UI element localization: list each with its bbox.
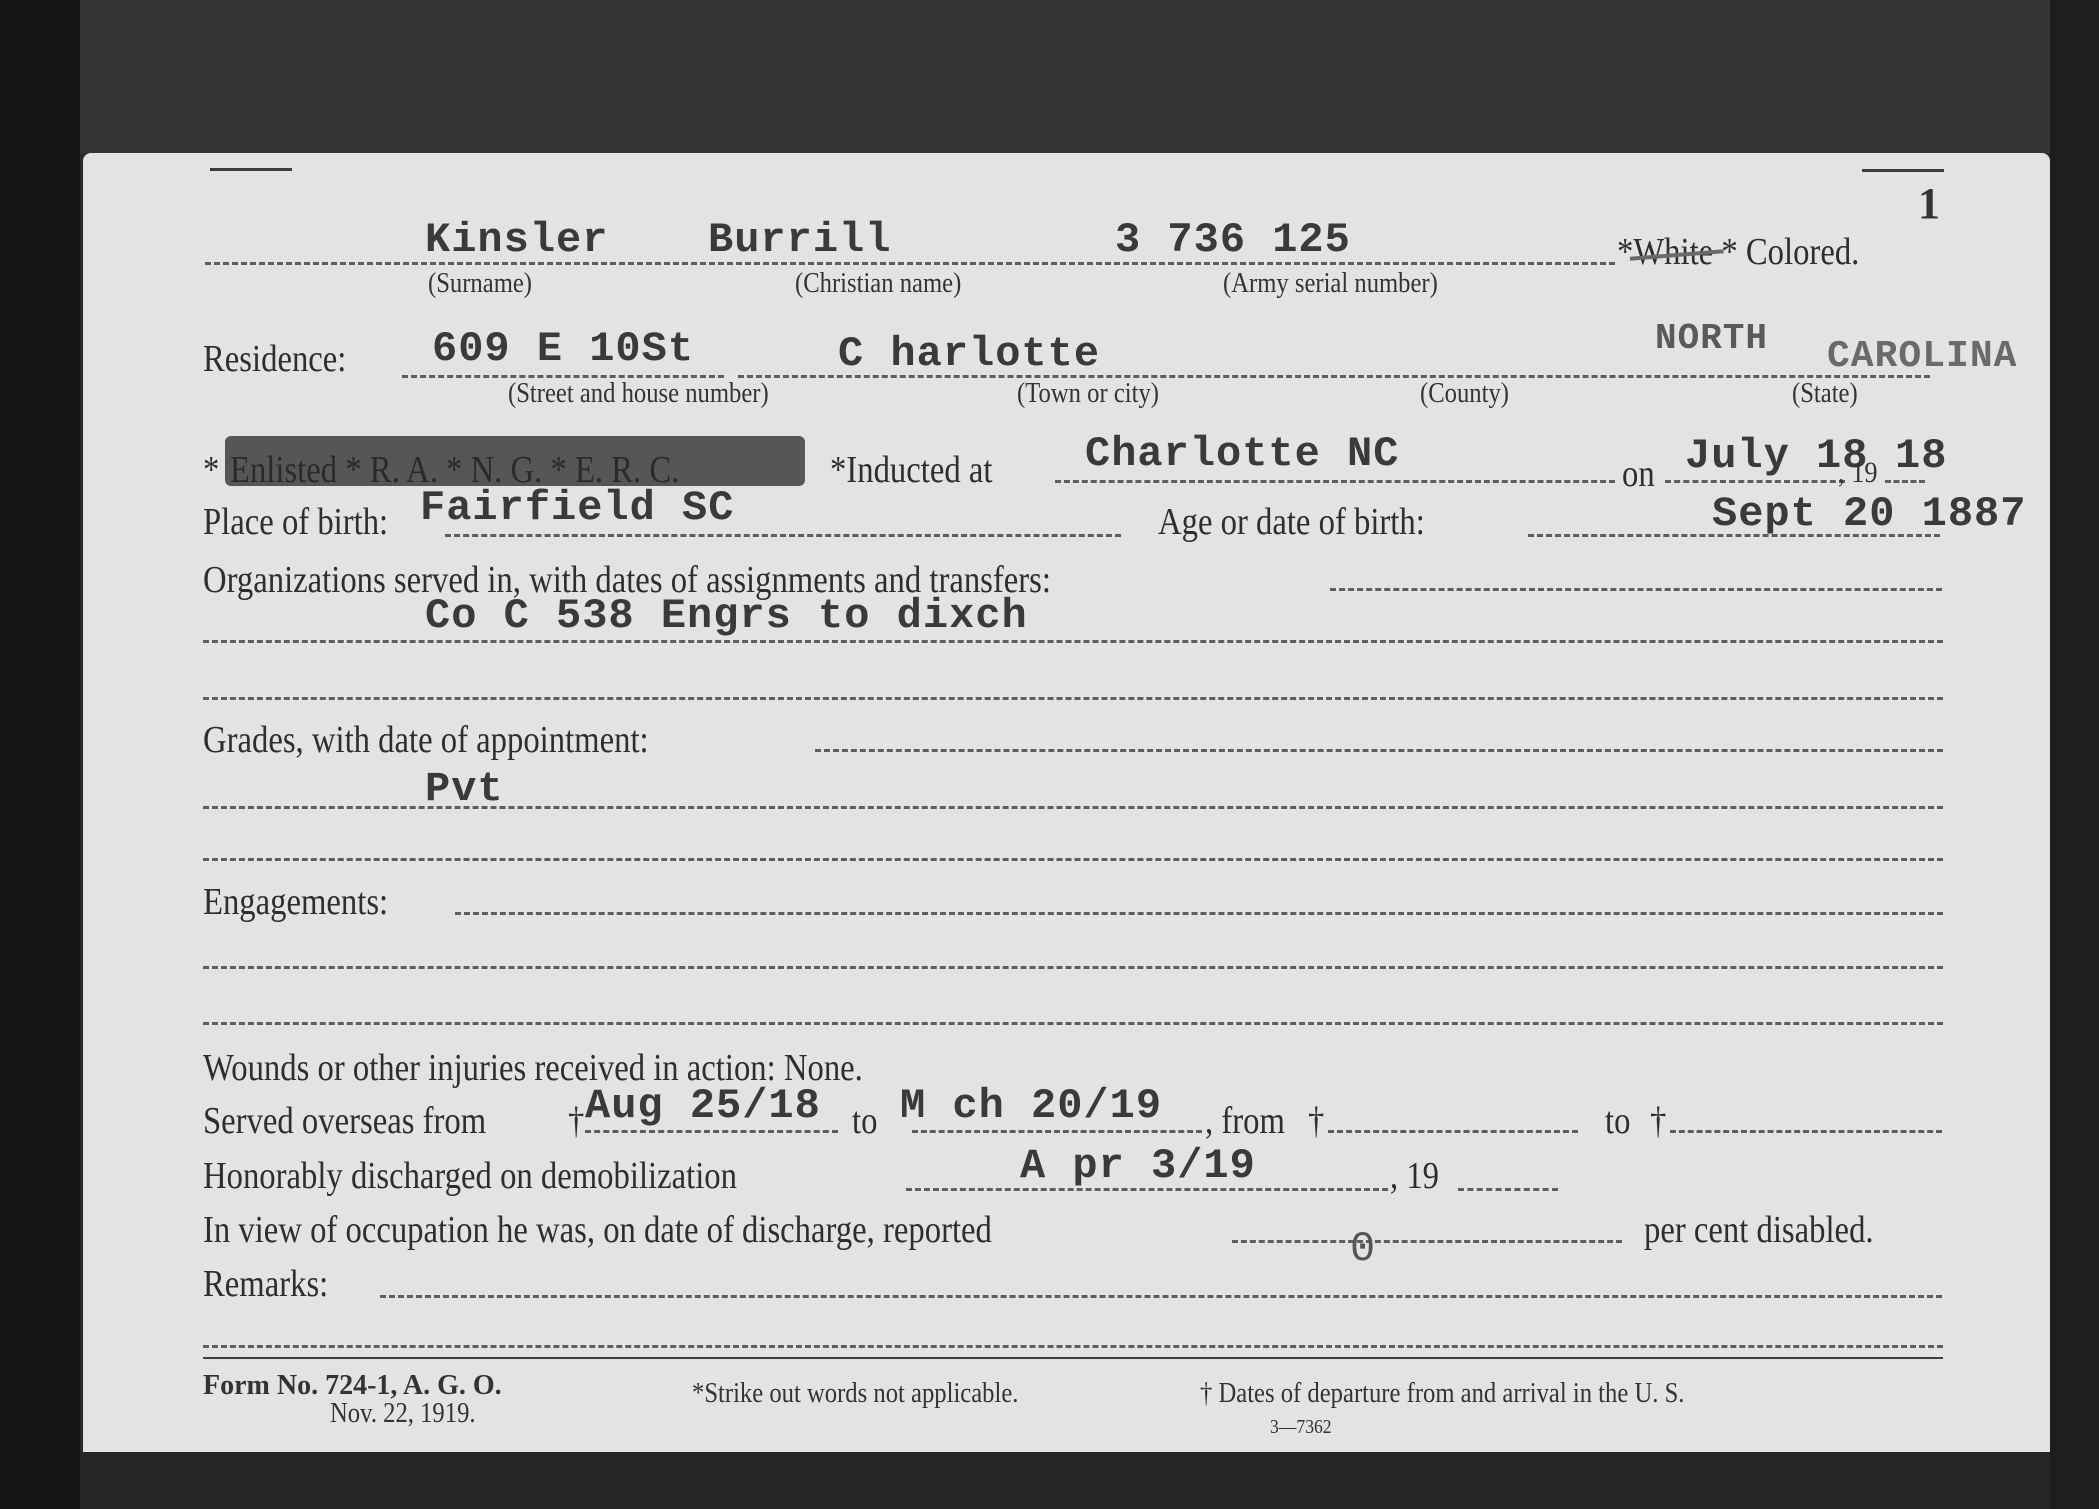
- dagger-icon: †: [1308, 1099, 1324, 1143]
- birth-date-value: Sept 20 1887: [1712, 490, 2026, 538]
- disability-line: [1232, 1240, 1622, 1243]
- engagements-line-1: [455, 912, 1943, 915]
- surname-caption: (Surname): [428, 268, 532, 300]
- grades-line-3: [203, 858, 1943, 861]
- disability-label: In view of occupation he was, on date of…: [203, 1208, 992, 1252]
- overseas-to-value: M ch 20/19: [900, 1082, 1162, 1130]
- background-top: [80, 0, 2099, 153]
- engagements-line-3: [203, 1022, 1943, 1025]
- organizations-value: Co C 538 Engrs to dixch: [425, 592, 1028, 640]
- footnote-dates: † Dates of departure from and arrival in…: [1200, 1378, 1684, 1410]
- dagger-icon: †: [568, 1099, 584, 1143]
- serial-caption: (Army serial number): [1223, 268, 1438, 300]
- overseas-to-label: to: [852, 1099, 877, 1143]
- on-label: on: [1622, 452, 1655, 496]
- residence-state-line1: NORTH: [1655, 318, 1768, 359]
- top-left-rule: [210, 168, 292, 171]
- overseas-to-line: [912, 1130, 1202, 1133]
- asterisk: *: [1617, 231, 1633, 273]
- background-left: [0, 0, 80, 1509]
- overseas-from2-line: [1328, 1130, 1578, 1133]
- discharge-year-label: , 19: [1390, 1154, 1439, 1198]
- year-prefix: , 19: [1838, 456, 1878, 490]
- card-number: 1: [1918, 178, 1940, 229]
- grades-line-1: [815, 749, 1943, 752]
- overseas-from2-label: , from: [1205, 1099, 1285, 1143]
- grades-line-2: [203, 806, 1943, 809]
- overseas-from-value: Aug 25/18: [585, 1082, 821, 1130]
- birth-place-line: [445, 534, 1121, 537]
- inducted-year-value: 18: [1895, 432, 1947, 480]
- inducted-label: *Inducted at: [830, 448, 992, 492]
- race-colored: Colored.: [1746, 231, 1859, 273]
- inducted-date-line: [1665, 480, 1845, 483]
- residence-town-value: C harlotte: [838, 330, 1100, 378]
- christian-name-value: Burrill: [708, 216, 891, 264]
- enlisted-asterisk: *: [203, 448, 219, 492]
- background-bottom: [80, 1452, 2050, 1509]
- overseas-to2-line: [1670, 1130, 1942, 1133]
- town-caption: (Town or city): [1017, 378, 1159, 410]
- print-code: 3—7362: [1270, 1416, 1332, 1439]
- year-line: [1885, 480, 1925, 483]
- top-right-rule: [1862, 169, 1944, 172]
- birth-place-value: Fairfield SC: [420, 484, 734, 532]
- grades-label: Grades, with date of appointment:: [203, 718, 649, 762]
- residence-label: Residence:: [203, 337, 346, 381]
- discharge-date-value: A pr 3/19: [1020, 1142, 1256, 1190]
- footer-rule: [203, 1357, 1943, 1359]
- discharge-year-line: [1458, 1188, 1558, 1191]
- organizations-line-3: [203, 697, 1943, 700]
- organizations-line-1: [1330, 588, 1942, 591]
- remarks-line-1: [380, 1295, 1942, 1298]
- dagger-icon: †: [1650, 1099, 1666, 1143]
- background-right: [2050, 0, 2099, 1509]
- disability-suffix: per cent disabled.: [1644, 1208, 1874, 1252]
- race-white-struck: White: [1633, 231, 1713, 273]
- name-line: [205, 262, 1615, 265]
- inducted-at-value: Charlotte NC: [1085, 430, 1399, 478]
- footnote-strike-out: *Strike out words not applicable.: [692, 1378, 1018, 1410]
- disability-value: 0: [1350, 1225, 1376, 1273]
- engagements-line-2: [203, 966, 1943, 969]
- organizations-line-2: [203, 640, 1943, 643]
- street-caption: (Street and house number): [508, 378, 769, 410]
- asterisk: *: [1721, 231, 1737, 273]
- form-date: Nov. 22, 1919.: [330, 1398, 476, 1430]
- discharge-label: Honorably discharged on demobilization: [203, 1154, 737, 1198]
- engagements-label: Engagements:: [203, 880, 388, 924]
- overseas-to2-label: to: [1605, 1099, 1630, 1143]
- birth-place-label: Place of birth:: [203, 500, 388, 544]
- residence-street-value: 609 E 10St: [432, 325, 694, 373]
- remarks-label: Remarks:: [203, 1262, 328, 1306]
- state-caption: (State): [1792, 378, 1858, 410]
- serial-number-value: 3 736 125: [1115, 216, 1351, 264]
- birth-date-label: Age or date of birth:: [1158, 500, 1425, 544]
- race-field: *White * Colored.: [1617, 230, 1859, 274]
- overseas-from-line: [585, 1130, 838, 1133]
- county-caption: (County): [1420, 378, 1509, 410]
- birth-date-line: [1528, 534, 1940, 537]
- residence-state-line2: CAROLINA: [1827, 335, 2017, 378]
- overseas-label: Served overseas from: [203, 1099, 486, 1143]
- christian-name-caption: (Christian name): [795, 268, 961, 300]
- town-county-line: [738, 375, 1930, 378]
- inducted-line: [1055, 480, 1615, 483]
- discharge-date-line: [906, 1188, 1388, 1191]
- remarks-line-2: [203, 1345, 1943, 1348]
- surname-value: Kinsler: [425, 216, 608, 264]
